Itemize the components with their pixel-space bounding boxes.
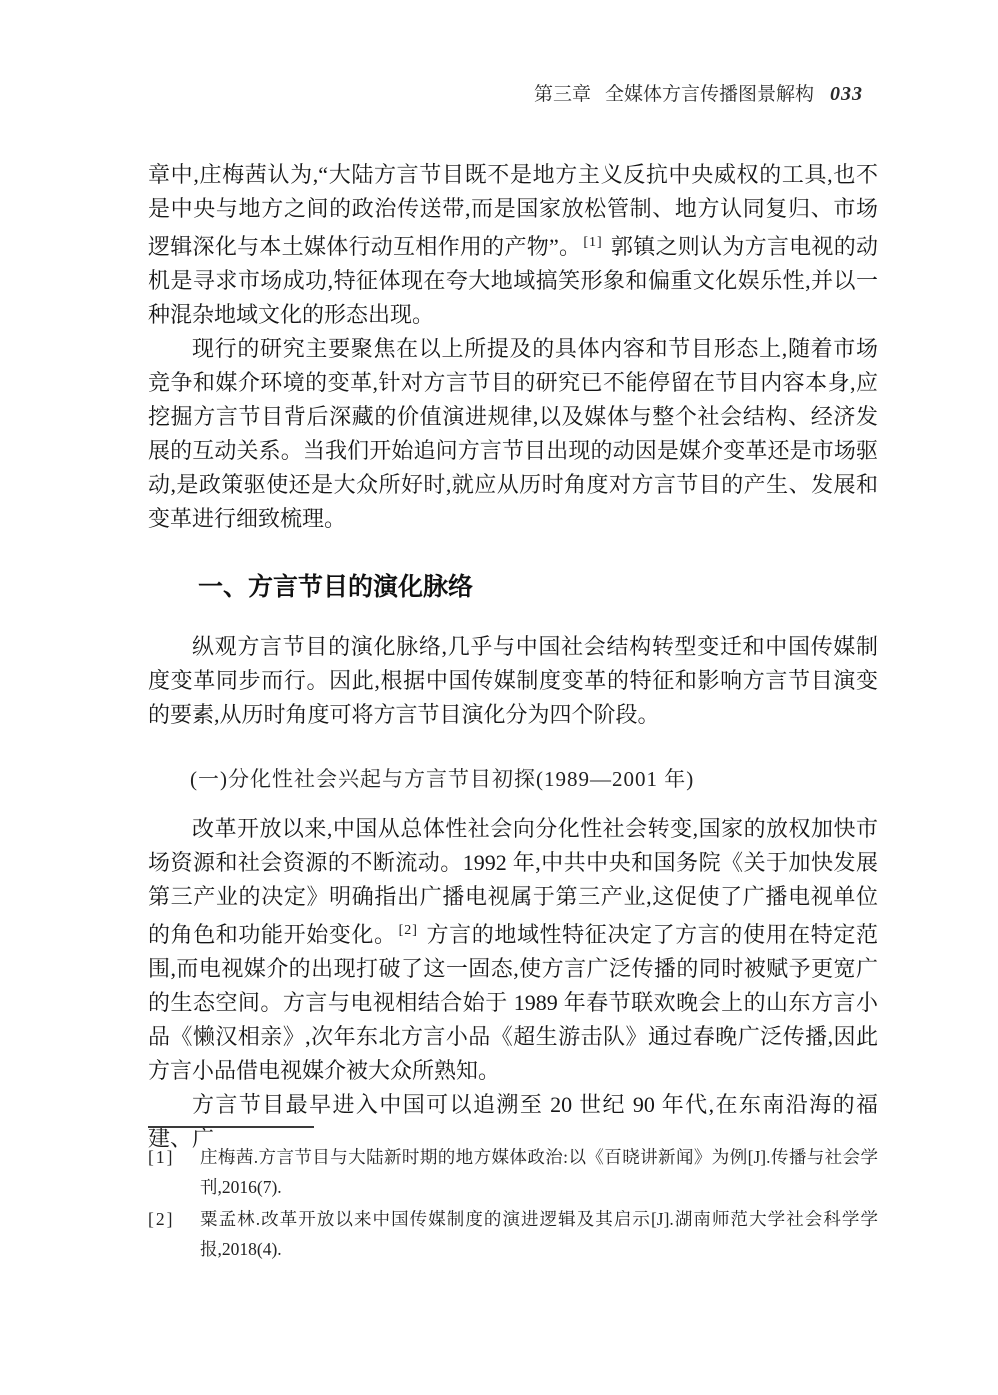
footnote-ref-1: [1] xyxy=(583,235,602,250)
paragraph-3: 纵观方言节目的演化脉络,几乎与中国社会结构转型变迁和中国传媒制度变革同步而行。因… xyxy=(148,630,878,732)
footnote-1-marker: [1] xyxy=(148,1142,200,1172)
subsection-heading: (一)分化性社会兴起与方言节目初探(1989—2001 年) xyxy=(148,762,878,796)
footnote-2-marker: [2] xyxy=(148,1204,200,1234)
footnotes-section: [1] 庄梅茜.方言节目与大陆新时期的地方媒体政治:以《百晓讲新闻》为例[J].… xyxy=(148,1126,878,1266)
page-number: 033 xyxy=(830,83,863,105)
paragraph-1: 章中,庄梅茜认为,“大陆方言节目既不是地方主义反抗中央威权的工具,也不是中央与地… xyxy=(148,158,878,332)
footnote-1: [1] 庄梅茜.方言节目与大陆新时期的地方媒体政治:以《百晓讲新闻》为例[J].… xyxy=(148,1142,878,1202)
footnote-ref-2: [2] xyxy=(399,923,418,938)
footnote-2: [2] 粟孟林.改革开放以来中国传媒制度的演进逻辑及其启示[J].湖南师范大学社… xyxy=(148,1204,878,1264)
running-head: 第三章全媒体方言传播图景解构033 xyxy=(534,82,863,107)
footnote-divider xyxy=(148,1126,314,1128)
paragraph-4: 改革开放以来,中国从总体性社会向分化性社会转变,国家的放权加快市场资源和社会资源… xyxy=(148,812,878,1088)
section-heading: 一、方言节目的演化脉络 xyxy=(148,570,878,606)
book-page: 第三章全媒体方言传播图景解构033 章中,庄梅茜认为,“大陆方言节目既不是地方主… xyxy=(0,0,998,1395)
paragraph-2: 现行的研究主要聚焦在以上所提及的具体内容和节目形态上,随着市场竞争和媒介环境的变… xyxy=(148,332,878,536)
footnote-2-text: 粟孟林.改革开放以来中国传媒制度的演进逻辑及其启示[J].湖南师范大学社会科学学… xyxy=(200,1204,878,1264)
footnote-1-text: 庄梅茜.方言节目与大陆新时期的地方媒体政治:以《百晓讲新闻》为例[J].传播与社… xyxy=(200,1142,878,1202)
chapter-label: 第三章 xyxy=(534,84,591,105)
chapter-title: 全媒体方言传播图景解构 xyxy=(605,84,814,105)
main-text-column: 章中,庄梅茜认为,“大陆方言节目既不是地方主义反抗中央威权的工具,也不是中央与地… xyxy=(148,158,878,1156)
